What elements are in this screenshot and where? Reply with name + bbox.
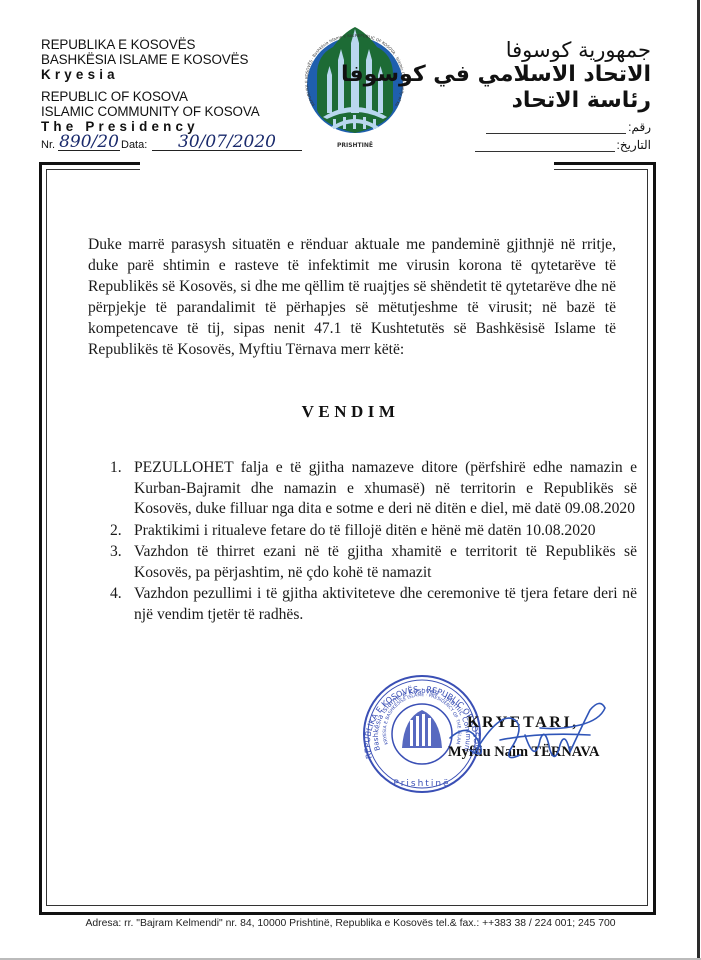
svg-text:PRISHTINË: PRISHTINË (337, 142, 373, 149)
republic-english: REPUBLIC OF KOSOVA (41, 89, 291, 104)
date-value: 30/07/2020 (152, 134, 302, 151)
arabic-number-label: رقم: (628, 120, 651, 134)
preamble-paragraph: Duke marrë parasysh situatën e rënduar a… (88, 234, 616, 360)
arabic-number-line (486, 132, 626, 134)
frame-top-gap (140, 158, 554, 172)
reference-row: Nr. 890/20 Data: 30/07/2020 (41, 135, 291, 153)
community-english: ISLAMIC COMMUNITY OF KOSOVA (41, 104, 291, 119)
presidency-albanian: Kryesia (41, 67, 291, 82)
decision-title: VENDIM (0, 402, 701, 422)
decision-item: 3.Vazhdon të thirret ezani në të gjitha … (110, 542, 637, 583)
letterhead-right: جمهورية كوسوفا الاتحاد الاسلامي في كوسوف… (341, 38, 651, 114)
decision-item: 2.Praktikimi i ritualeve fetare do të fi… (110, 521, 637, 542)
footer-address: Adresa: rr. "Bajram Kelmendi" nr. 84, 10… (0, 918, 701, 929)
community-arabic: الاتحاد الاسلامي في كوسوفا (341, 62, 651, 88)
decision-item: 4.Vazhdon pezullimi i të gjitha aktivite… (110, 584, 637, 625)
number-label: Nr. (41, 139, 55, 151)
decision-item: 1.PEZULLOHET falja e të gjitha namazeve … (110, 458, 637, 520)
republic-albanian: REPUBLIKA E KOSOVËS (41, 37, 291, 52)
decision-list: 1.PEZULLOHET falja e të gjitha namazeve … (110, 458, 637, 626)
arabic-date-line (475, 150, 615, 152)
number-value: 890/20 (58, 134, 120, 151)
arabic-number-field: رقم: (486, 120, 651, 134)
letterhead-left: REPUBLIKA E KOSOVËS BASHKËSIA ISLAME E K… (41, 37, 291, 153)
arabic-date-field: التاريخ: (475, 138, 651, 152)
page-edge (697, 0, 700, 960)
svg-text:Prishtinë: Prishtinë (393, 779, 450, 789)
presidency-arabic: رئاسة الاتحاد (341, 88, 651, 114)
handwritten-signature-icon (440, 690, 610, 780)
community-albanian: BASHKËSIA ISLAME E KOSOVËS (41, 52, 291, 67)
republic-arabic: جمهورية كوسوفا (341, 38, 651, 62)
arabic-date-label: التاريخ: (617, 138, 651, 152)
date-label: Data: (121, 139, 147, 151)
